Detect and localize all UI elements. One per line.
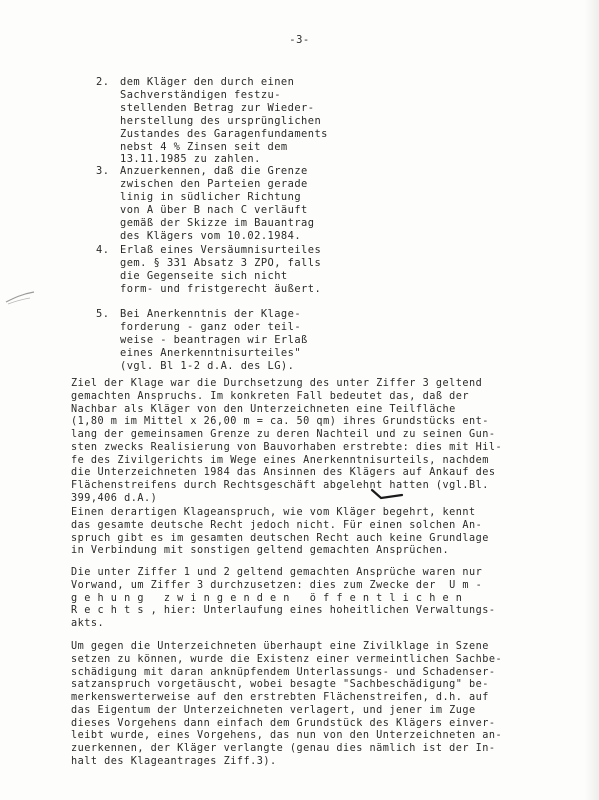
paragraph-line: merkenswerterweise auf den erstrebten Fl… xyxy=(71,692,502,705)
request-item-line: eines Anerkenntnisurteiles" xyxy=(120,347,308,360)
paragraph-line: R e c h t s , hier: Unterlaufung eines h… xyxy=(71,605,496,618)
paragraph-line: Einen derartigen Klageanspruch, wie vom … xyxy=(71,507,489,520)
paragraph-line: g e h u n g z w i n g e n d e n ö f f e … xyxy=(71,593,496,606)
request-item-line: Erlaß eines Versäumnisurteiles xyxy=(120,244,321,257)
request-item-line: stellenden Betrag zur Wieder- xyxy=(120,102,328,115)
paragraph-line: setzen zu können, wurde die Existenz ein… xyxy=(71,654,502,667)
paragraph-line: lang der gemeinsamen Grenze zu deren Nac… xyxy=(71,429,502,442)
paragraph-line: Die unter Ziffer 1 und 2 geltend gemacht… xyxy=(71,567,496,580)
request-item-line: zwischen den Parteien gerade xyxy=(120,178,314,191)
paragraph-line: zuerkennen, der Kläger verlangte (genau … xyxy=(71,743,502,756)
request-item: 5.Bei Anerkenntnis der Klage-forderung -… xyxy=(96,308,308,373)
body-paragraph: Um gegen die Unterzeichneten überhaupt e… xyxy=(71,641,502,769)
request-item-line: die Gegenseite sich nicht xyxy=(120,270,321,283)
request-item: 4.Erlaß eines Versäumnisurteilesgem. § 3… xyxy=(96,244,321,296)
request-item-line: linig in südlicher Richtung xyxy=(120,191,314,204)
request-item-line: herstellung des ursprünglichen xyxy=(120,115,328,128)
left-margin-pencil-stroke xyxy=(4,290,38,306)
request-item-number: 3. xyxy=(96,165,109,178)
paragraph-line: akts. xyxy=(71,618,496,631)
paragraph-line: Ziel der Klage war die Durchsetzung des … xyxy=(71,378,502,391)
paragraph-line: dieses Vorgehens dann einfach dem Grunds… xyxy=(71,718,502,731)
request-item-number: 5. xyxy=(96,308,109,321)
paragraph-line: schädigung mit daran anknüpfendem Unterl… xyxy=(71,667,502,680)
paragraph-line: sten zwecks Realisierung von Bauvorhaben… xyxy=(71,442,502,455)
paragraph-line: satzanspruch vorgetäuscht, wobei besagte… xyxy=(71,679,502,692)
request-item: 3.Anzuerkennen, daß die Grenzezwischen d… xyxy=(96,165,314,242)
request-item: 2.dem Kläger den durch einenSachverständ… xyxy=(96,76,328,166)
request-item-line: form- und fristgerecht äußert. xyxy=(120,283,321,296)
request-item-line: (vgl. Bl 1-2 d.A. des LG). xyxy=(120,360,308,373)
paragraph-line: spruch gibt es im gesamten deutschen Rec… xyxy=(71,533,489,546)
page-number: -3- xyxy=(0,34,599,46)
paragraph-line: (1,80 m im Mittel x 26,00 m = ca. 50 qm)… xyxy=(71,416,502,429)
request-item-line: gem. § 331 Absatz 3 ZPO, falls xyxy=(120,257,321,270)
paragraph-line: fe des Zivilgerichts im Wege eines Anerk… xyxy=(71,455,502,468)
body-paragraph: Die unter Ziffer 1 und 2 geltend gemacht… xyxy=(71,567,496,631)
request-item-line: Bei Anerkenntnis der Klage- xyxy=(120,308,308,321)
paragraph-line: die Unterzeichneten 1984 das Ansinnen de… xyxy=(71,467,502,480)
paragraph-line: Vorwand, um Ziffer 3 durchzusetzen: dies… xyxy=(71,580,496,593)
request-item-line: Sachverständigen festzu- xyxy=(120,89,328,102)
request-item-line: forderung - ganz oder teil- xyxy=(120,321,308,334)
scan-edge-shadow xyxy=(585,0,599,800)
paragraph-line: Nachbar als Kläger von den Unterzeichnet… xyxy=(71,404,502,417)
paragraph-line: das Eigentum der Unterzeichneten verlage… xyxy=(71,705,502,718)
paragraph-line: Um gegen die Unterzeichneten überhaupt e… xyxy=(71,641,502,654)
paragraph-line: gemachten Anspruchs. Im konkreten Fall b… xyxy=(71,391,502,404)
request-item-line: von A über B nach C verläuft xyxy=(120,204,314,217)
request-item-line: dem Kläger den durch einen xyxy=(120,76,328,89)
body-paragraph: Einen derartigen Klageanspruch, wie vom … xyxy=(71,507,489,558)
body-paragraph: Ziel der Klage war die Durchsetzung des … xyxy=(71,378,502,506)
checkmark-annotation xyxy=(370,488,404,504)
request-item-line: Zustandes des Garagenfundaments xyxy=(120,128,328,141)
request-item-line: gemäß der Skizze im Bauantrag xyxy=(120,217,314,230)
paragraph-line: leibt wurde, eines Vorgehens, das nun vo… xyxy=(71,730,502,743)
paragraph-line: das gesamte deutsche Recht jedoch nicht.… xyxy=(71,520,489,533)
paragraph-line: in Verbindung mit sonstigen geltend gema… xyxy=(71,545,489,558)
request-item-number: 2. xyxy=(96,76,109,89)
paragraph-line: Flächenstreifens durch Rechtsgeschäft ab… xyxy=(71,480,502,493)
request-item-number: 4. xyxy=(96,244,109,257)
request-item-line: nebst 4 % Zinsen seit dem xyxy=(120,141,328,154)
paragraph-line: 399,406 d.A.) xyxy=(71,493,502,506)
request-item-line: des Klägers vom 10.02.1984. xyxy=(120,230,314,243)
request-item-line: Anzuerkennen, daß die Grenze xyxy=(120,165,314,178)
paragraph-line: halt des Klageantrages Ziff.3). xyxy=(71,756,502,769)
request-item-line: weise - beantragen wir Erlaß xyxy=(120,334,308,347)
